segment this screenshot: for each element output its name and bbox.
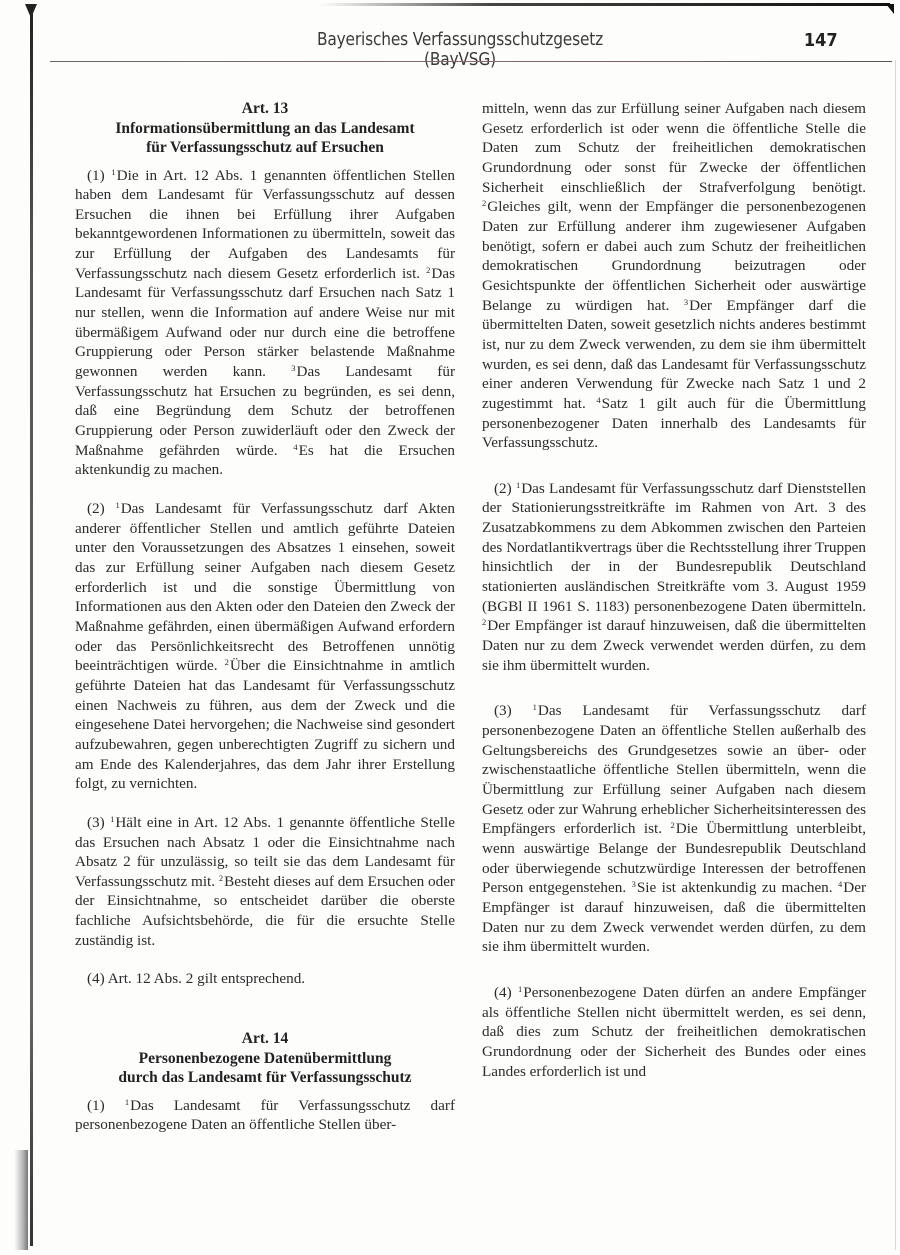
header-rule bbox=[50, 61, 892, 62]
article-13-paragraph-2: (2) 1Das Landesamt für Verfassungsschutz… bbox=[75, 499, 455, 794]
article-13-paragraph-1: (1) 1Die in Art. 12 Abs. 1 genannten öff… bbox=[75, 166, 455, 481]
article-number: Art. 14 bbox=[75, 1029, 455, 1049]
scan-right-edge bbox=[895, 60, 896, 1250]
article-title: Personenbezogene Datenübermittlung bbox=[75, 1049, 455, 1069]
article-13-paragraph-3: (3) 1Hält eine in Art. 12 Abs. 1 genannt… bbox=[75, 813, 455, 951]
scan-corner bbox=[886, 4, 894, 14]
running-header: Bayerisches Verfassungsschutzgesetz (Bay… bbox=[50, 30, 880, 62]
scan-top-edge bbox=[320, 3, 890, 6]
left-column: Art. 13 Informationsübermittlung an das … bbox=[75, 99, 455, 1135]
article-14-paragraph-4: (4) 1Personenbezogene Daten dürfen an an… bbox=[482, 983, 866, 1081]
running-title: Bayerisches Verfassungsschutzgesetz (Bay… bbox=[284, 30, 636, 70]
article-title: für Verfassungsschutz auf Ersuchen bbox=[75, 138, 455, 158]
article-13-heading: Art. 13 Informationsübermittlung an das … bbox=[75, 99, 455, 158]
article-14-heading: Art. 14 Personenbezogene Datenübermittlu… bbox=[75, 1029, 455, 1088]
article-14-paragraph-1-continued: mitteln, wenn das zur Erfüllung seiner A… bbox=[482, 99, 866, 453]
scan-shadow bbox=[14, 1150, 28, 1250]
scan-binding-edge bbox=[30, 6, 33, 1246]
article-13-paragraph-4: (4) Art. 12 Abs. 2 gilt entsprechend. bbox=[75, 969, 455, 989]
article-number: Art. 13 bbox=[75, 99, 455, 119]
article-14-paragraph-2: (2) 1Das Landesamt für Verfassungsschutz… bbox=[482, 479, 866, 676]
article-title: durch das Landesamt für Verfassungsschut… bbox=[75, 1068, 455, 1088]
article-14-paragraph-3: (3) 1Das Landesamt für Verfassungsschutz… bbox=[482, 701, 866, 957]
article-14-paragraph-1-start: (1) 1Das Landesamt für Verfassungsschutz… bbox=[75, 1096, 455, 1135]
page-number: 147 bbox=[804, 30, 838, 51]
right-column: mitteln, wenn das zur Erfüllung seiner A… bbox=[482, 99, 866, 1081]
document-page: Bayerisches Verfassungsschutzgesetz (Bay… bbox=[0, 0, 900, 1255]
article-title: Informationsübermittlung an das Landesam… bbox=[75, 119, 455, 139]
